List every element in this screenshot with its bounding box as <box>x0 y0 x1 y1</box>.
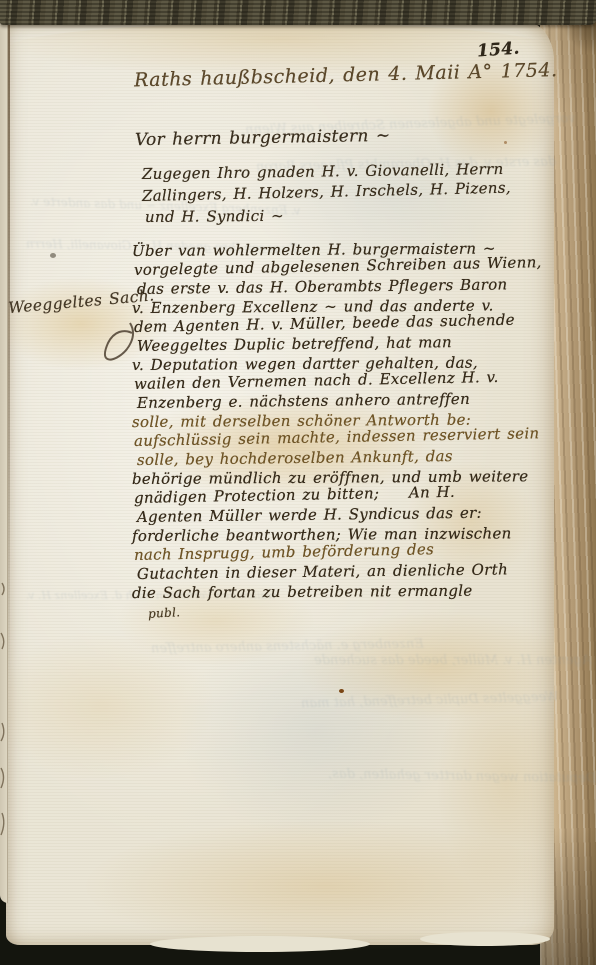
minutes-line: solle, bey hochderoselben Ankunft, das <box>137 446 545 470</box>
chairman-line: Vor herrn burgermaistern ∼ <box>135 126 391 150</box>
deckle-edge <box>150 936 370 952</box>
minutes-line: Agenten Müller werde H. Syndicus das er: <box>137 503 545 527</box>
paper-stain <box>0 631 216 781</box>
page-number: 154. <box>476 39 520 62</box>
adjacent-page-sliver <box>0 23 8 903</box>
bleedthrough-text: Enzenberg e. nächstens anhero antreffen <box>151 637 424 657</box>
minutes-line: das erste v. das H. Oberambts Pflegers B… <box>137 275 545 299</box>
minutes-line: Enzenberg e. nächstens anhero antreffen <box>137 389 545 413</box>
attendee-list: Zugegen Ihro gnaden H. v. Giovanelli, He… <box>142 164 522 229</box>
manuscript-page: vorgelegte und abgelesenen Schreiben aus… <box>6 21 554 945</box>
deckle-edge <box>420 932 550 946</box>
paper-discoloration <box>176 621 456 841</box>
manuscript-photo: vorgelegte und abgelesenen Schreiben aus… <box>0 0 596 965</box>
ink-speck <box>50 253 56 258</box>
bleedthrough-text: dem Agenten H. v. Müller, beede das such… <box>314 653 596 668</box>
attendee-line: und H. Syndici ∼ <box>145 204 525 229</box>
bleedthrough-text: Weeggeltes Duplic betreffend, hat man <box>301 690 559 712</box>
ink-speck <box>504 141 507 144</box>
abbreviation-note: publ. <box>148 605 181 621</box>
adjacent-page-ink-marks <box>0 23 7 903</box>
minutes-paragraph: Über van wohlermelten H. burgermaistern … <box>132 242 540 603</box>
margin-note: Weeggeltes Sach. <box>7 287 148 317</box>
book-top-edge <box>0 0 596 25</box>
minutes-line: Gutachten in dieser Materi, an dienliche… <box>137 560 545 584</box>
minutes-line: die Sach fortan zu betreiben nit ermangl… <box>132 581 540 603</box>
paper-stain <box>296 611 576 721</box>
session-heading: Raths haußbscheid, den 4. Maii A° 1754. <box>134 61 494 92</box>
minutes-line: Weeggeltes Duplic betreffend, hat man <box>137 332 545 356</box>
ink-speck <box>339 689 344 693</box>
